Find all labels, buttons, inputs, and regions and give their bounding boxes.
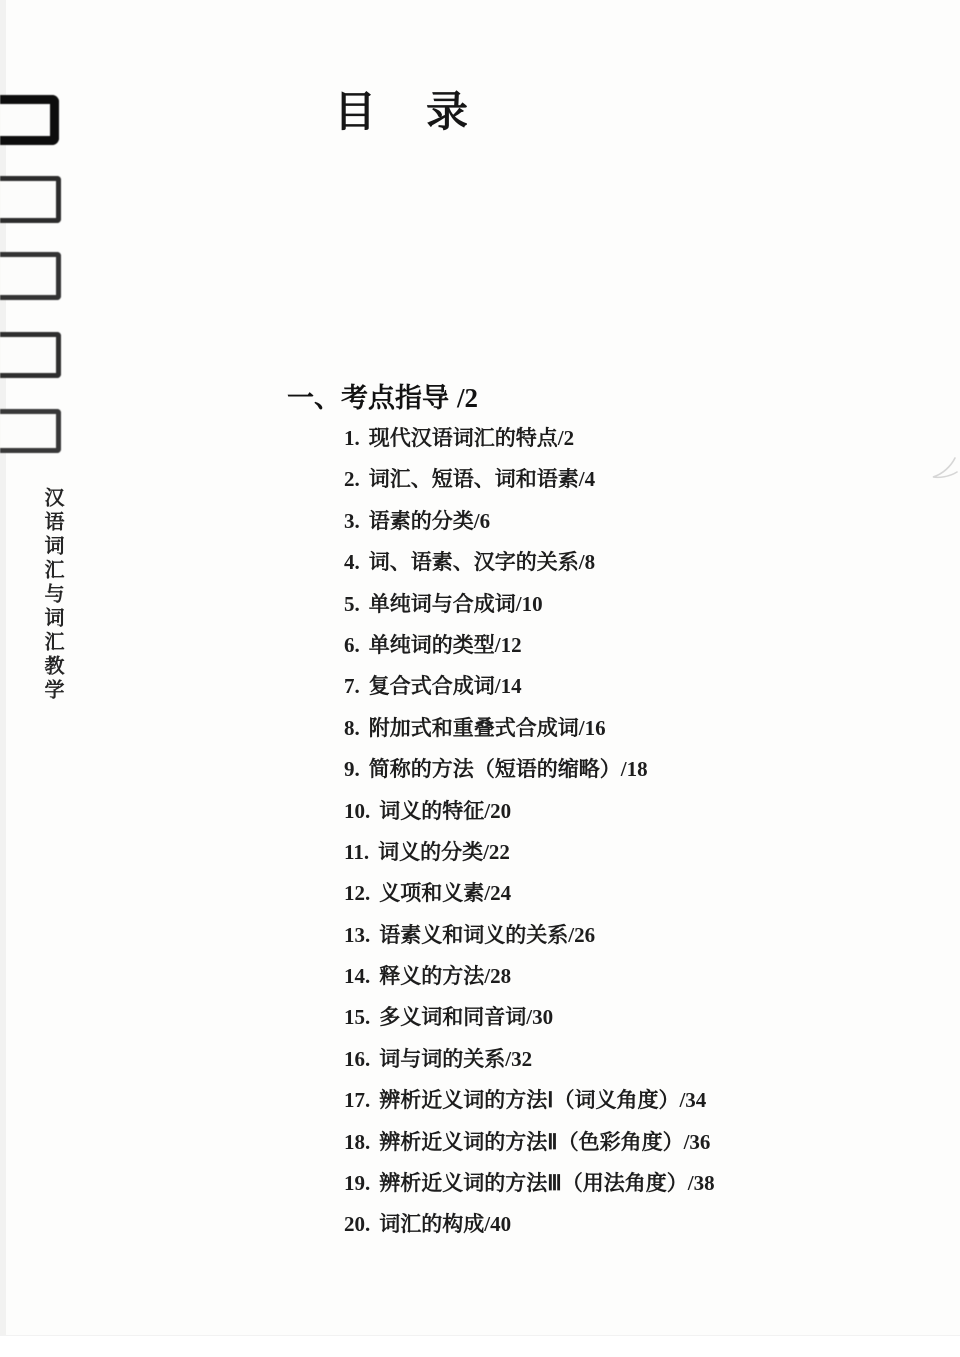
thumb-tab-icon bbox=[0, 409, 61, 453]
toc-item-title: 词汇的构成 bbox=[379, 1212, 484, 1236]
toc-item-number: 10. bbox=[344, 799, 370, 823]
toc-item-number: 7. bbox=[344, 674, 360, 698]
toc-item: 3.语素的分类/6 bbox=[344, 501, 715, 542]
toc-item-page-ref: /32 bbox=[505, 1047, 532, 1071]
page-title-char: 目 bbox=[334, 92, 376, 134]
toc-item-number: 18. bbox=[344, 1130, 370, 1154]
toc-section-label: 一、考点指导 bbox=[287, 383, 449, 413]
toc-item-page-ref: /10 bbox=[516, 592, 543, 616]
toc-item-page-ref: /2 bbox=[558, 426, 574, 450]
toc-item: 12.义项和义素/24 bbox=[344, 873, 715, 914]
pen-smudge-mark bbox=[925, 450, 960, 490]
toc-item-number: 3. bbox=[344, 509, 360, 533]
toc-item-title: 附加式和重叠式合成词 bbox=[369, 716, 579, 740]
toc-item: 20.词汇的构成/40 bbox=[344, 1204, 715, 1245]
toc-item-number: 6. bbox=[344, 633, 360, 657]
toc-list: 1.现代汉语词汇的特点/2 2.词汇、短语、词和语素/4 3.语素的分类/6 4… bbox=[344, 418, 715, 1246]
toc-item: 2.词汇、短语、词和语素/4 bbox=[344, 459, 715, 500]
toc-item-title: 语素的分类 bbox=[369, 509, 474, 533]
toc-item-title: 简称的方法（短语的缩略） bbox=[369, 757, 621, 781]
toc-item: 1.现代汉语词汇的特点/2 bbox=[344, 418, 715, 459]
toc-item: 11.词义的分类/22 bbox=[344, 832, 715, 873]
toc-item-number: 19. bbox=[344, 1171, 370, 1195]
toc-item-page-ref: /30 bbox=[526, 1005, 553, 1029]
toc-item-number: 4. bbox=[344, 550, 360, 574]
thumb-tab-icon bbox=[0, 252, 61, 300]
toc-section-heading: 一、考点指导/2 bbox=[287, 383, 478, 413]
toc-item: 4.词、语素、汉字的关系/8 bbox=[344, 542, 715, 583]
toc-item-number: 8. bbox=[344, 716, 360, 740]
toc-item: 18.辨析近义词的方法Ⅱ（色彩角度）/36 bbox=[344, 1122, 715, 1163]
toc-item-number: 20. bbox=[344, 1212, 370, 1236]
toc-item: 9.简称的方法（短语的缩略）/18 bbox=[344, 749, 715, 790]
toc-item-title: 单纯词与合成词 bbox=[369, 592, 516, 616]
toc-section-page-ref: /2 bbox=[457, 383, 478, 413]
toc-item: 15.多义词和同音词/30 bbox=[344, 997, 715, 1038]
toc-item-title: 词汇、短语、词和语素 bbox=[369, 467, 579, 491]
toc-item-page-ref: /14 bbox=[495, 674, 522, 698]
toc-item: 10.词义的特征/20 bbox=[344, 791, 715, 832]
toc-item: 14.释义的方法/28 bbox=[344, 956, 715, 997]
toc-item: 13.语素义和词义的关系/26 bbox=[344, 915, 715, 956]
scanned-toc-page: 汉语词汇与词汇教学 目 录 一、考点指导/2 1.现代汉语词汇的特点/2 2.词… bbox=[0, 0, 960, 1357]
toc-item-title: 词义的分类 bbox=[378, 840, 483, 864]
page-title: 目 录 bbox=[334, 92, 468, 134]
toc-item-title: 义项和义素 bbox=[379, 881, 484, 905]
toc-item-title: 多义词和同音词 bbox=[379, 1005, 526, 1029]
toc-item-title: 辨析近义词的方法Ⅱ（色彩角度） bbox=[379, 1130, 683, 1154]
toc-item-title: 词义的特征 bbox=[379, 799, 484, 823]
toc-item-number: 2. bbox=[344, 467, 360, 491]
toc-item: 19.辨析近义词的方法Ⅲ（用法角度）/38 bbox=[344, 1163, 715, 1204]
toc-item-title: 词、语素、汉字的关系 bbox=[369, 550, 579, 574]
toc-item-page-ref: /6 bbox=[474, 509, 490, 533]
spine-title: 汉语词汇与词汇教学 bbox=[38, 487, 67, 703]
toc-item-page-ref: /8 bbox=[579, 550, 595, 574]
toc-item-number: 15. bbox=[344, 1005, 370, 1029]
toc-item-title: 复合式合成词 bbox=[369, 674, 495, 698]
toc-item: 6.单纯词的类型/12 bbox=[344, 625, 715, 666]
toc-item-page-ref: /12 bbox=[495, 633, 522, 657]
thumb-tab-icon bbox=[0, 95, 59, 145]
toc-item-number: 1. bbox=[344, 426, 360, 450]
toc-item-number: 5. bbox=[344, 592, 360, 616]
toc-item-page-ref: /26 bbox=[568, 923, 595, 947]
toc-item-number: 9. bbox=[344, 757, 360, 781]
toc-item-page-ref: /36 bbox=[684, 1130, 711, 1154]
toc-item-page-ref: /38 bbox=[688, 1171, 715, 1195]
toc-item-number: 12. bbox=[344, 881, 370, 905]
toc-item-title: 单纯词的类型 bbox=[369, 633, 495, 657]
toc-item-title: 语素义和词义的关系 bbox=[379, 923, 568, 947]
thumb-tab-icon bbox=[0, 332, 61, 378]
toc-item-number: 13. bbox=[344, 923, 370, 947]
toc-item-page-ref: /16 bbox=[579, 716, 606, 740]
page-scan-edge bbox=[0, 1335, 960, 1357]
toc-item: 7.复合式合成词/14 bbox=[344, 666, 715, 707]
thumb-tab-icon bbox=[0, 176, 61, 223]
toc-item-page-ref: /4 bbox=[579, 467, 595, 491]
toc-item-page-ref: /20 bbox=[484, 799, 511, 823]
toc-item-title: 辨析近义词的方法Ⅰ（词义角度） bbox=[379, 1088, 679, 1112]
toc-item-number: 16. bbox=[344, 1047, 370, 1071]
toc-item-page-ref: /34 bbox=[679, 1088, 706, 1112]
toc-item-title: 辨析近义词的方法Ⅲ（用法角度） bbox=[379, 1171, 687, 1195]
toc-item-page-ref: /18 bbox=[621, 757, 648, 781]
toc-item-number: 11. bbox=[344, 840, 369, 864]
toc-item-page-ref: /40 bbox=[484, 1212, 511, 1236]
toc-item: 8.附加式和重叠式合成词/16 bbox=[344, 708, 715, 749]
toc-item: 16.词与词的关系/32 bbox=[344, 1039, 715, 1080]
toc-item: 5.单纯词与合成词/10 bbox=[344, 584, 715, 625]
toc-item: 17.辨析近义词的方法Ⅰ（词义角度）/34 bbox=[344, 1080, 715, 1121]
toc-item-page-ref: /28 bbox=[484, 964, 511, 988]
page-title-char: 录 bbox=[426, 92, 468, 134]
toc-item-title: 词与词的关系 bbox=[379, 1047, 505, 1071]
toc-item-page-ref: /24 bbox=[484, 881, 511, 905]
toc-item-number: 14. bbox=[344, 964, 370, 988]
toc-item-title: 现代汉语词汇的特点 bbox=[369, 426, 558, 450]
toc-item-number: 17. bbox=[344, 1088, 370, 1112]
toc-item-title: 释义的方法 bbox=[379, 964, 484, 988]
toc-item-page-ref: /22 bbox=[483, 840, 510, 864]
